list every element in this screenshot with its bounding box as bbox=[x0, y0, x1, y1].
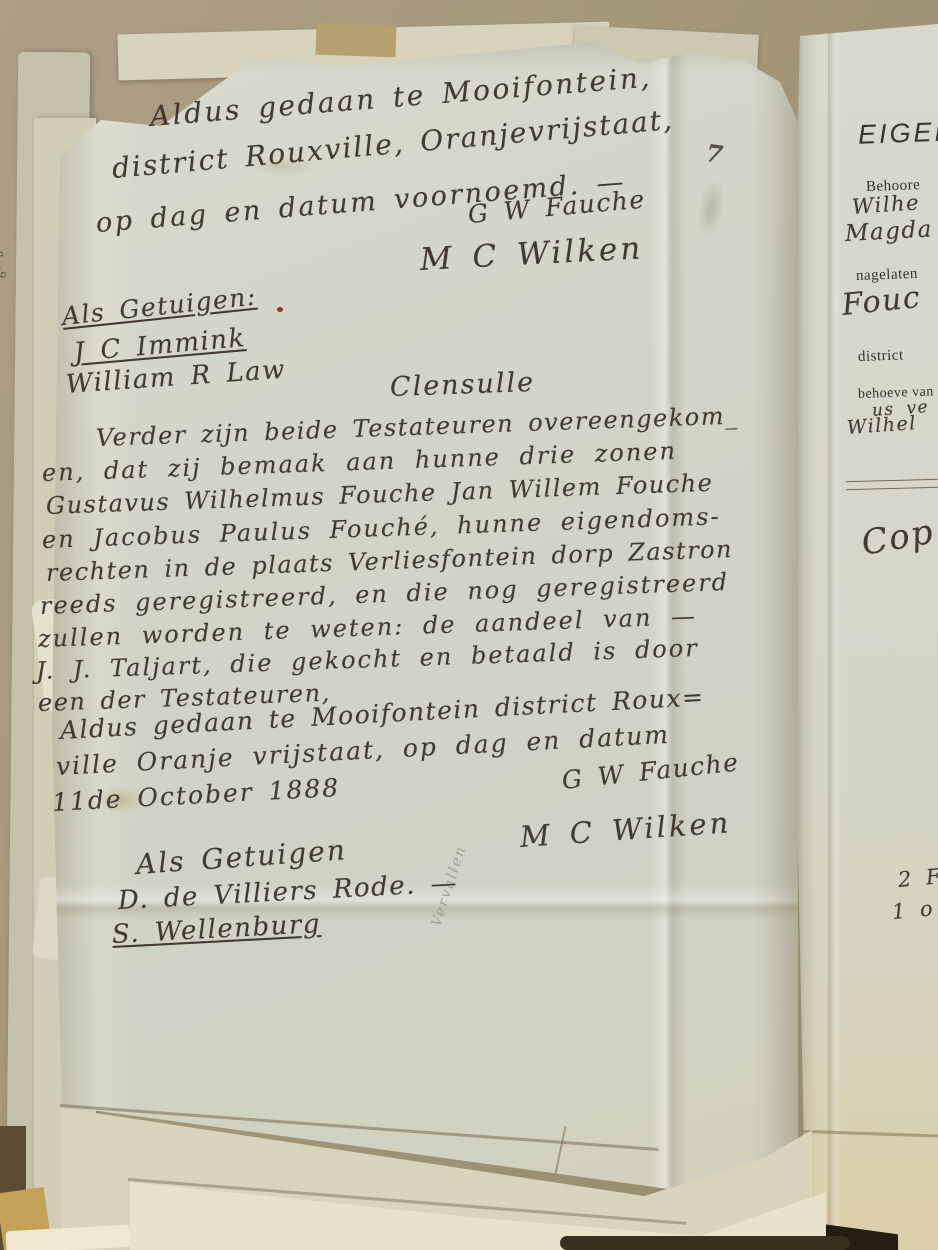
right-page-crease bbox=[828, 20, 842, 1250]
form-entry-count-2: 1 o bbox=[891, 896, 935, 924]
form-label-district: district bbox=[858, 347, 904, 366]
page-right-shade bbox=[752, 28, 800, 1250]
ink-smudge bbox=[693, 176, 729, 242]
document-photo: Aldus gedaan te Mooifontein, district Ro… bbox=[0, 0, 938, 1250]
rust-dot bbox=[277, 307, 283, 312]
form-entry-magda: Magda bbox=[844, 216, 933, 247]
deed-title-fragment: EIGEN bbox=[857, 116, 938, 150]
clause-heading: Clensulle bbox=[389, 367, 535, 403]
form-entry-count-1: 2 F bbox=[897, 864, 938, 892]
bottom-dark-gap bbox=[560, 1236, 850, 1250]
form-entry-wilhe: Wilhe bbox=[851, 190, 921, 219]
top-flap-tan bbox=[315, 23, 396, 58]
